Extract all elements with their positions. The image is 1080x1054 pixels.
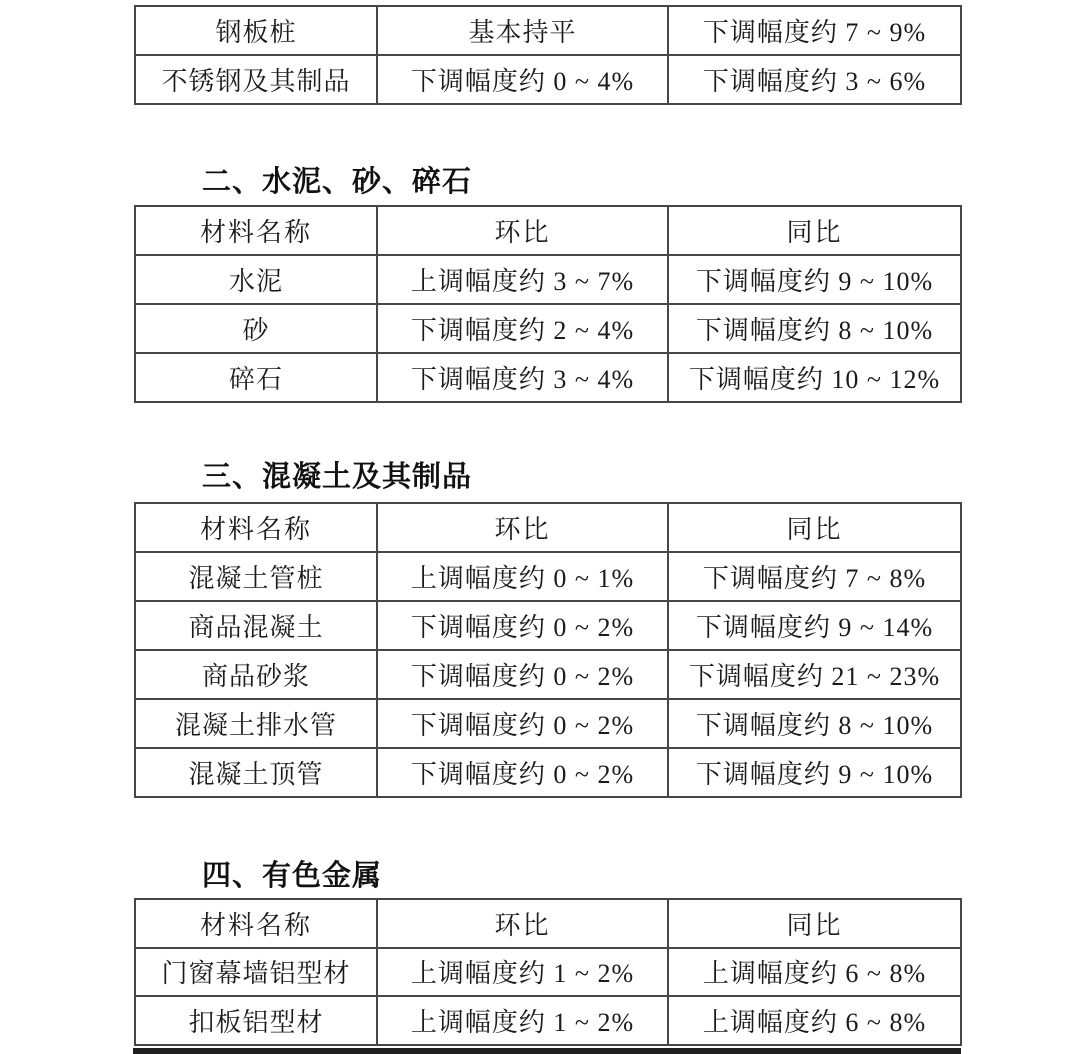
yoy-change-cell: 下调幅度约 8 ~ 10% [668,699,961,748]
yoy-change-cell: 上调幅度约 6 ~ 8% [668,996,961,1045]
column-header-yoy: 同比 [668,503,961,552]
table-header-row: 材料名称 环比 同比 [135,899,961,948]
mom-change-cell: 下调幅度约 0 ~ 2% [377,748,668,797]
materials-table-concrete: 材料名称 环比 同比 混凝土管桩 上调幅度约 0 ~ 1% 下调幅度约 7 ~ … [134,502,962,798]
mom-change-cell: 上调幅度约 0 ~ 1% [377,552,668,601]
material-name-cell: 水泥 [135,255,377,304]
material-name-cell: 碎石 [135,353,377,402]
mom-change-cell: 基本持平 [377,6,668,55]
material-name-cell: 混凝土排水管 [135,699,377,748]
table-row: 扣板铝型材 上调幅度约 1 ~ 2% 上调幅度约 6 ~ 8% [135,996,961,1045]
document-page: 钢板桩 基本持平 下调幅度约 7 ~ 9% 不锈钢及其制品 下调幅度约 0 ~ … [0,0,1080,1054]
mom-change-cell: 下调幅度约 0 ~ 4% [377,55,668,104]
materials-table-steel-continuation: 钢板桩 基本持平 下调幅度约 7 ~ 9% 不锈钢及其制品 下调幅度约 0 ~ … [134,5,962,105]
material-name-cell: 商品混凝土 [135,601,377,650]
yoy-change-cell: 下调幅度约 9 ~ 14% [668,601,961,650]
yoy-change-cell: 下调幅度约 3 ~ 6% [668,55,961,104]
material-name-cell: 混凝土管桩 [135,552,377,601]
mom-change-cell: 上调幅度约 3 ~ 7% [377,255,668,304]
material-name-cell: 钢板桩 [135,6,377,55]
column-header-material-name: 材料名称 [135,503,377,552]
table-row: 不锈钢及其制品 下调幅度约 0 ~ 4% 下调幅度约 3 ~ 6% [135,55,961,104]
materials-table-nonferrous-metals: 材料名称 环比 同比 门窗幕墙铝型材 上调幅度约 1 ~ 2% 上调幅度约 6 … [134,898,962,1046]
column-header-yoy: 同比 [668,899,961,948]
section-heading-cement-sand-stone: 二、水泥、砂、碎石 [202,166,472,198]
section-heading-nonferrous-metals: 四、有色金属 [202,860,382,892]
table-row: 商品混凝土 下调幅度约 0 ~ 2% 下调幅度约 9 ~ 14% [135,601,961,650]
material-name-cell: 商品砂浆 [135,650,377,699]
mom-change-cell: 上调幅度约 1 ~ 2% [377,948,668,997]
material-name-cell: 扣板铝型材 [135,996,377,1045]
yoy-change-cell: 上调幅度约 6 ~ 8% [668,948,961,997]
table-row: 混凝土排水管 下调幅度约 0 ~ 2% 下调幅度约 8 ~ 10% [135,699,961,748]
material-name-cell: 门窗幕墙铝型材 [135,948,377,997]
material-name-cell: 砂 [135,304,377,353]
table-row: 混凝土管桩 上调幅度约 0 ~ 1% 下调幅度约 7 ~ 8% [135,552,961,601]
yoy-change-cell: 下调幅度约 7 ~ 9% [668,6,961,55]
table-row: 商品砂浆 下调幅度约 0 ~ 2% 下调幅度约 21 ~ 23% [135,650,961,699]
column-header-mom: 环比 [377,206,668,255]
material-name-cell: 不锈钢及其制品 [135,55,377,104]
mom-change-cell: 下调幅度约 0 ~ 2% [377,601,668,650]
materials-table-cement-sand-stone: 材料名称 环比 同比 水泥 上调幅度约 3 ~ 7% 下调幅度约 9 ~ 10%… [134,205,962,403]
table-header-row: 材料名称 环比 同比 [135,206,961,255]
table-row: 水泥 上调幅度约 3 ~ 7% 下调幅度约 9 ~ 10% [135,255,961,304]
column-header-material-name: 材料名称 [135,206,377,255]
table-row: 碎石 下调幅度约 3 ~ 4% 下调幅度约 10 ~ 12% [135,353,961,402]
mom-change-cell: 下调幅度约 0 ~ 2% [377,699,668,748]
section-heading-concrete: 三、混凝土及其制品 [202,461,472,493]
yoy-change-cell: 下调幅度约 21 ~ 23% [668,650,961,699]
column-header-mom: 环比 [377,503,668,552]
mom-change-cell: 下调幅度约 0 ~ 2% [377,650,668,699]
table-row: 砂 下调幅度约 2 ~ 4% 下调幅度约 8 ~ 10% [135,304,961,353]
yoy-change-cell: 下调幅度约 10 ~ 12% [668,353,961,402]
column-header-material-name: 材料名称 [135,899,377,948]
column-header-yoy: 同比 [668,206,961,255]
mom-change-cell: 下调幅度约 3 ~ 4% [377,353,668,402]
yoy-change-cell: 下调幅度约 7 ~ 8% [668,552,961,601]
page-bottom-rule [133,1048,961,1054]
mom-change-cell: 上调幅度约 1 ~ 2% [377,996,668,1045]
yoy-change-cell: 下调幅度约 9 ~ 10% [668,748,961,797]
table-row: 混凝土顶管 下调幅度约 0 ~ 2% 下调幅度约 9 ~ 10% [135,748,961,797]
table-row: 门窗幕墙铝型材 上调幅度约 1 ~ 2% 上调幅度约 6 ~ 8% [135,948,961,997]
yoy-change-cell: 下调幅度约 9 ~ 10% [668,255,961,304]
table-row: 钢板桩 基本持平 下调幅度约 7 ~ 9% [135,6,961,55]
column-header-mom: 环比 [377,899,668,948]
table-header-row: 材料名称 环比 同比 [135,503,961,552]
material-name-cell: 混凝土顶管 [135,748,377,797]
mom-change-cell: 下调幅度约 2 ~ 4% [377,304,668,353]
yoy-change-cell: 下调幅度约 8 ~ 10% [668,304,961,353]
